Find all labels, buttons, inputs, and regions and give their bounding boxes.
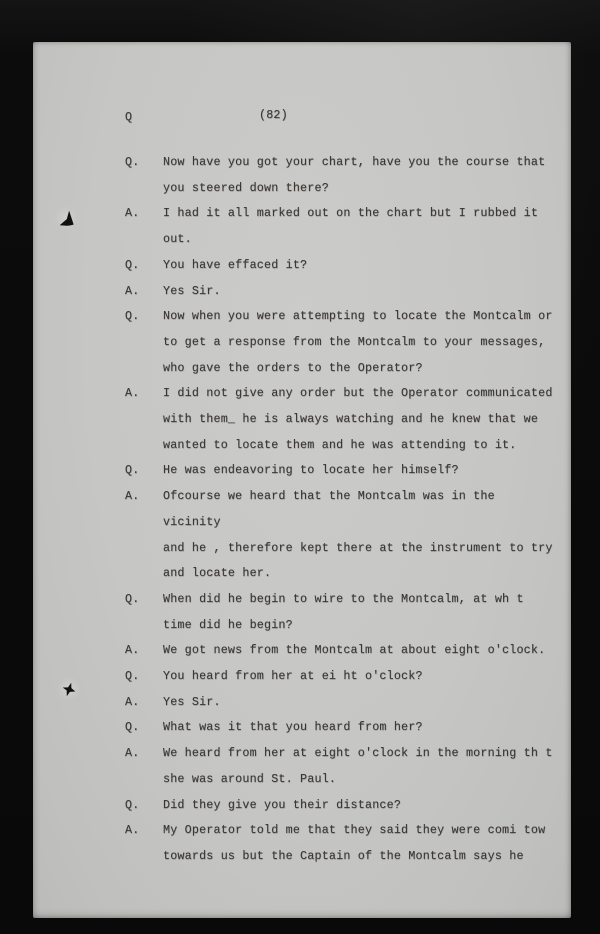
qa-entry: Q.Now when you were attempting to locate… [125,304,555,381]
page-number: (82) [259,108,288,122]
qa-text: What was it that you heard from her? [163,715,555,741]
qa-entry: A.Yes Sir. [125,690,555,716]
qa-entry: Q.Did they give you their distance? [125,793,555,819]
qa-text: He was endeavoring to locate her himself… [163,458,555,484]
qa-text: Yes Sir. [163,690,555,716]
scanned-page: Q (82) Q.Now have you got your chart, ha… [33,42,571,918]
qa-entry: Q.When did he begin to wire to the Montc… [125,587,555,638]
qa-label: Q. [125,458,163,484]
qa-entry: A.I had it all marked out on the chart b… [125,201,555,252]
qa-entry: Q.He was endeavoring to locate her himse… [125,458,555,484]
qa-label: A. [125,201,163,227]
qa-text: Now when you were attempting to locate t… [163,304,555,381]
header-q-mark: Q [125,110,132,124]
ink-blot-triangle-shape [58,210,73,226]
qa-entry: A.We heard from her at eight o'clock in … [125,741,555,792]
ink-blot-triangle-icon [53,205,79,231]
qa-entry: Q.You heard from her at ei ht o'clock? [125,664,555,690]
qa-text: Did they give you their distance? [163,793,555,819]
qa-label: A. [125,690,163,716]
qa-entry: A.Yes Sir. [125,279,555,305]
qa-label: Q. [125,253,163,279]
qa-label: A. [125,638,163,664]
qa-text: We heard from her at eight o'clock in th… [163,741,555,792]
qa-text: When did he begin to wire to the Montcal… [163,587,555,638]
qa-label: A. [125,279,163,305]
qa-text: Ofcourse we heard that the Montcalm was … [163,484,555,587]
qa-text: My Operator told me that they said they … [163,818,555,869]
qa-label: Q. [125,715,163,741]
scanned-document-viewer: { "document": { "header_left": "Q", "pag… [0,0,600,934]
qa-entry: Q.What was it that you heard from her? [125,715,555,741]
qa-entry: A.We got news from the Montcalm at about… [125,638,555,664]
qa-text: I did not give any order but the Operato… [163,381,555,458]
qa-entry: A.My Operator told me that they said the… [125,818,555,869]
qa-text: You heard from her at ei ht o'clock? [163,664,555,690]
qa-label: Q. [125,304,163,330]
qa-entry: A.I did not give any order but the Opera… [125,381,555,458]
qa-label: A. [125,818,163,844]
qa-entry: Q.You have effaced it? [125,253,555,279]
qa-label: Q. [125,150,163,176]
qa-text: We got news from the Montcalm at about e… [163,638,555,664]
qa-label: A. [125,484,163,510]
qa-transcript: Q.Now have you got your chart, have you … [125,150,555,870]
qa-label: Q. [125,664,163,690]
qa-entry: Q.Now have you got your chart, have you … [125,150,555,201]
ink-blot-star-icon [56,676,82,702]
ink-blot-star-shape [60,681,77,699]
qa-label: A. [125,381,163,407]
qa-label: A. [125,741,163,767]
qa-label: Q. [125,587,163,613]
qa-text: You have effaced it? [163,253,555,279]
qa-label: Q. [125,793,163,819]
qa-text: I had it all marked out on the chart but… [163,201,555,252]
qa-text: Yes Sir. [163,279,555,305]
qa-text: Now have you got your chart, have you th… [163,150,555,201]
qa-entry: A.Ofcourse we heard that the Montcalm wa… [125,484,555,587]
